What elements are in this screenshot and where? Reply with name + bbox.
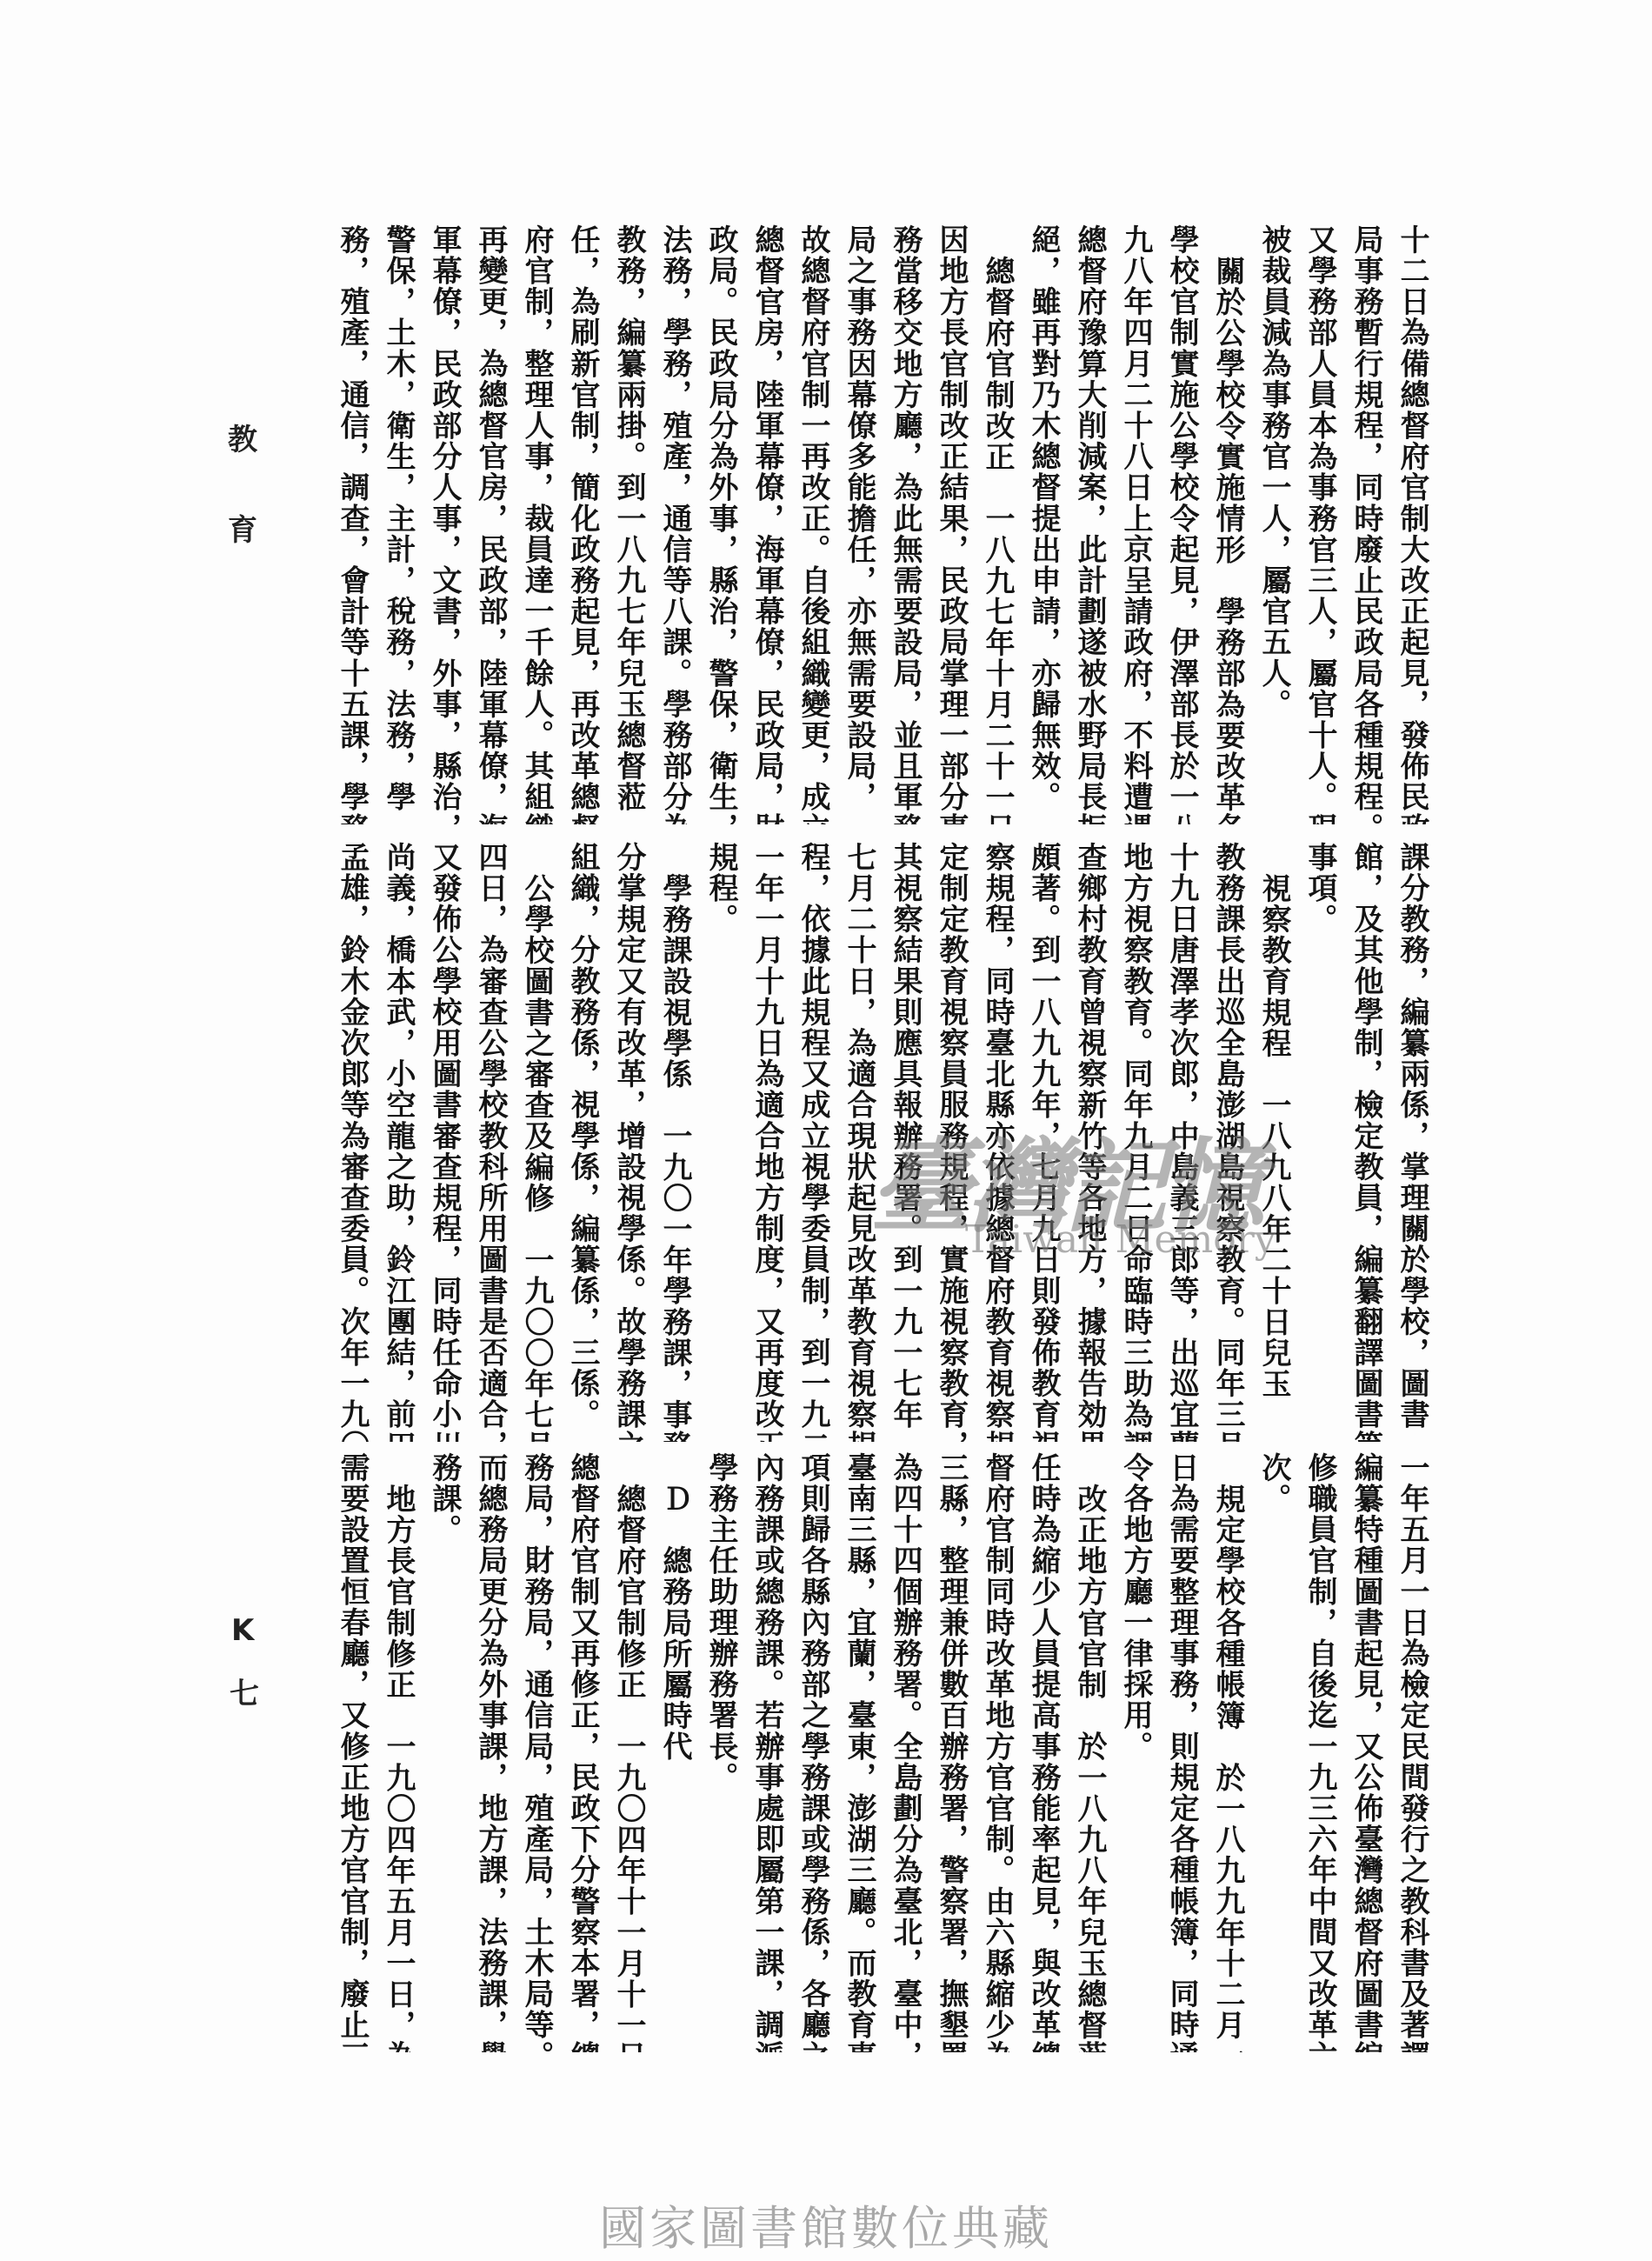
text-column: 分掌規定又有改革，增設視學係。故學務課之 (605, 842, 651, 1442)
text-column: 尚義，橋本武，小空龍之助，鈴江團結，前田 (375, 842, 421, 1442)
library-footer: 國家圖書館數位典藏 (0, 2191, 1652, 2258)
text-column: 學務主任助理辦務署長。 (697, 1452, 743, 2052)
text-column: 需要設置恒春廳，又修正地方官官制，廢止三 (329, 1452, 375, 2052)
text-column: 絕，雖再對乃木總督提出申請，亦歸無效。 (1020, 224, 1066, 824)
text-block-lower: 一年五月一日為檢定民間發行之教科書及著譯編纂特種圖書起見，又公佈臺灣總督府圖書編… (278, 1452, 1435, 2052)
text-column: 因地方長官制改正結果，民政局掌理一部分事 (928, 224, 974, 824)
paragraph-heading-column: 規定學校各種帳簿 於一八九九年十二月一 (1204, 1452, 1250, 2052)
text-column: 務局，財務局，通信局，殖產局，土木局等。 (513, 1452, 559, 2052)
text-column: 又學務部人員本為事務官三人，屬官十人。現 (1296, 224, 1342, 824)
paragraph-heading-column: 改正地方官官制 於一八九八年兒玉總督蒞 (1066, 1452, 1112, 2052)
text-column: 為四十四個辦務署。全島劃分為臺北，臺中， (882, 1452, 928, 2052)
text-column: 總督府官制又再修正，民政下分警察本署，總 (559, 1452, 605, 2052)
text-column: 總督府豫算大削減案，此計劃遂被水野局長拒 (1066, 224, 1112, 824)
text-column: 務，殖產，通信，調查，會計等十五課，學務 (329, 224, 375, 824)
section-title-char-2: 育 (228, 506, 257, 549)
paragraph-heading-column: 視察教育規程 一八九八年二十日兒玉 (1250, 842, 1296, 1442)
page-number: 七 (230, 1670, 259, 1712)
page-letter: K (231, 1613, 254, 1648)
text-column: 教務，編纂兩掛。到一八九七年兒玉總督蒞 (605, 224, 651, 824)
text-column: 內務課或總務課。若辦事處即屬第一課，調派 (743, 1452, 789, 2052)
text-column: 十二日為備總督府官制大改正起見，發佈民政 (1389, 224, 1435, 824)
text-column: 察規程，同時臺北縣亦依據總督府教育視察規 (974, 842, 1020, 1442)
text-column: 督府官制同時改革地方官官制。由六縣縮少為 (974, 1452, 1020, 2052)
text-column: 三縣，整理兼併數百辦務署，警察署，撫墾署 (928, 1452, 974, 2052)
text-column: 四日，為審查公學校教科所用圖書是否適合， (467, 842, 513, 1442)
paragraph-heading-column: Ｄ 總務局所屬時代 (651, 1452, 697, 2052)
text-column: 總督官房，陸軍幕僚，海軍幕僚，民政局，財 (743, 224, 789, 824)
text-column: 政局。民政局分為外事，縣治，警保，衛生， (697, 224, 743, 824)
section-title-char-1: 教 (228, 416, 257, 458)
text-column: 故總督府官制一再改正。自後組織變更，成立 (789, 224, 836, 824)
text-column: 程，依據此規程又成立視學委員制，到一九二 (789, 842, 836, 1442)
text-column: 任時為縮少人員提高事務能率起見，與改革總 (1020, 1452, 1066, 2052)
text-column: 日為需要整理事務，則規定各種帳簿，同時通 (1158, 1452, 1204, 2052)
text-column: 館，及其他學制，檢定教員，編纂翻譯圖書等 (1342, 842, 1389, 1442)
text-column: 地方視察教育。同年九月二日命臨時三助為調 (1112, 842, 1158, 1442)
paragraph-heading-column: 總督府官制修正 一九〇四年十一月十一日 (605, 1452, 651, 2052)
text-column: 九八年四月二十八日上京呈請政府，不料遭遇 (1112, 224, 1158, 824)
text-column: 務課。 (421, 1452, 467, 2052)
text-column: 其視察結果則應具報辦務署。到一九一七年 (882, 842, 928, 1442)
text-column: 規程。 (697, 842, 743, 1442)
text-column: 局之事務因幕僚多能擔任，亦無需要設局， (836, 224, 882, 824)
text-block-upper: 十二日為備總督府官制大改正起見，發佈民政局事務暫行規程，同時廢止民政局各種規程。… (278, 224, 1435, 824)
text-column: 令各地方廳一律採用。 (1112, 1452, 1158, 2052)
paragraph-heading-column: 地方長官制修正 一九〇四年五月一日，為 (375, 1452, 421, 2052)
text-column: 頗著。到一八九九年，七月九日則發佈教育視 (1020, 842, 1066, 1442)
text-column: 局事務暫行規程，同時廢止民政局各種規程。 (1342, 224, 1389, 824)
text-block-middle: 課分教務，編纂兩係，掌理關於學校，圖書館，及其他學制，檢定教員，編纂翻譯圖書等事… (278, 842, 1435, 1442)
text-column: 事項。 (1296, 842, 1342, 1442)
text-column: 學校官制實施公學校令起見，伊澤部長於一八 (1158, 224, 1204, 824)
text-column: 查鄉村教育曾視察新竹等各地方，據報告効果 (1066, 842, 1112, 1442)
text-column: 定制定教育視察員服務規程，實施視察教育， (928, 842, 974, 1442)
text-column: 法務，學務，殖產，通信等八課。學務部分為 (651, 224, 697, 824)
text-column: 課分教務，編纂兩係，掌理關於學校，圖書 (1389, 842, 1435, 1442)
text-column: 十九日唐澤孝次郎，中島義三郎等，出巡宜蘭 (1158, 842, 1204, 1442)
text-column: 修職員官制，自後迄一九三六年中間又改革六 (1296, 1452, 1342, 2052)
text-column: 七月二十日，為適合現狀起見改革教育視察規 (836, 842, 882, 1442)
text-column: 編纂特種圖書起見，又公佈臺灣總督府圖書編 (1342, 1452, 1389, 2052)
text-column: 被裁員減為事務官一人，屬官五人。 (1250, 224, 1296, 824)
text-column: 軍幕僚，民政部分人事，文書，外事，縣治， (421, 224, 467, 824)
scanned-document-page: 教 育 K 七 十二日為備總督府官制大改正起見，發佈民政局事務暫行規程，同時廢止… (0, 0, 1652, 2261)
text-column: 一年一月十九日為適合地方制度，又再度改正 (743, 842, 789, 1442)
text-column: 一年五月一日為檢定民間發行之教科書及著譯 (1389, 1452, 1435, 2052)
text-column: 府官制，整理人事，裁員達一千餘人。其組織 (513, 224, 559, 824)
text-column: 又發佈公學校用圖書審查規程，同時任命小川 (421, 842, 467, 1442)
paragraph-heading-column: 公學校圖書之審查及編修 一九〇〇年七月 (513, 842, 559, 1442)
text-column: 而總務局更分為外事課，地方課，法務課，學 (467, 1452, 513, 2052)
text-column: 任，為刷新官制，簡化政務起見，再改革總督 (559, 224, 605, 824)
text-column: 務當移交地方廳，為此無需要設局，並且軍務 (882, 224, 928, 824)
text-column: 項則歸各縣內務部之學務課或學務係，各廳之 (789, 1452, 836, 2052)
paragraph-heading-column: 關於公學校令實施情形 學務部為要改革各 (1204, 224, 1250, 824)
paragraph-heading-column: 總督府官制改正 一八九七年十月二十一日 (974, 224, 1020, 824)
text-column: 警保，土木，衛生，主計，稅務，法務，學 (375, 224, 421, 824)
text-column: 組織，分教務係，視學係，編纂係，三係。 (559, 842, 605, 1442)
text-column: 教務課長出巡全島澎湖島視察教育。同年三月 (1204, 842, 1250, 1442)
text-column: 臺南三縣，宜蘭，臺東，澎湖三廳。而教育事 (836, 1452, 882, 2052)
text-column: 再變更，為總督官房，民政部，陸軍幕僚，海 (467, 224, 513, 824)
paragraph-heading-column: 學務課設視學係 一九〇一年學務課，事務 (651, 842, 697, 1442)
text-column: 孟雄，鈴木金次郎等為審查委員。次年一九〇 (329, 842, 375, 1442)
text-column: 次。 (1250, 1452, 1296, 2052)
